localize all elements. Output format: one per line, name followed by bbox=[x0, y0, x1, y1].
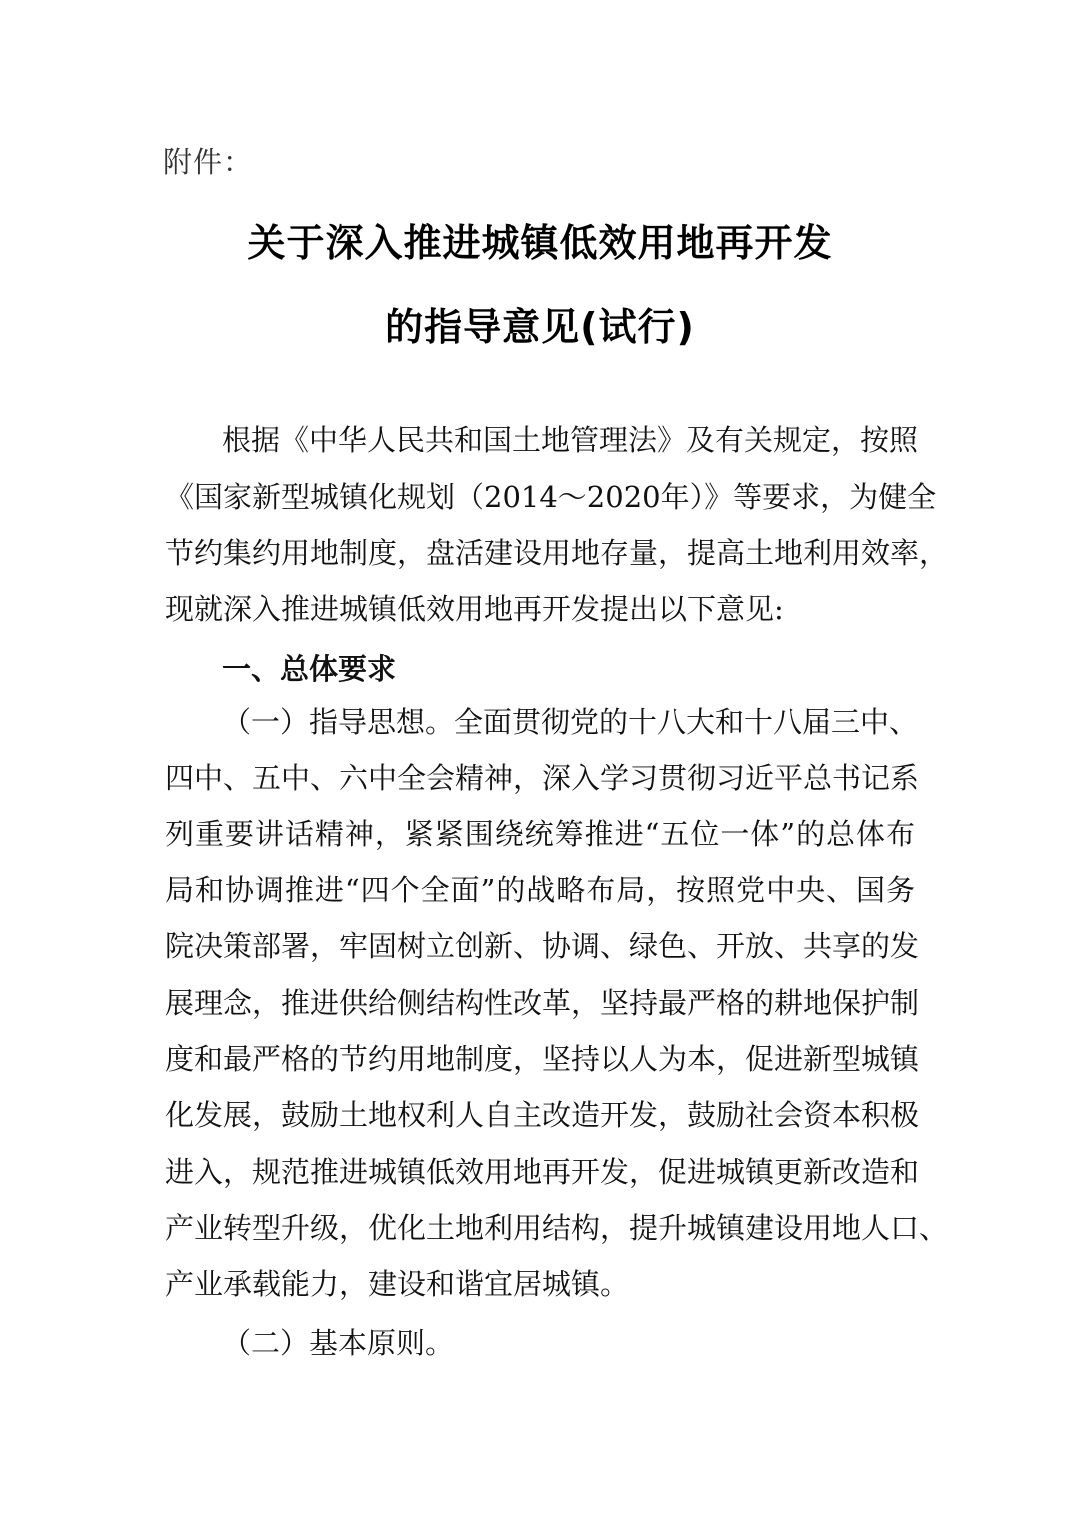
text-line: 局和协调推进“四个全面”的战略布局，按照党中央、国务 bbox=[165, 870, 915, 910]
document-title-line-1: 关于深入推进城镇低效用地再开发 bbox=[0, 212, 1080, 267]
text-line: 《国家新型城镇化规划（2014～2020年）》等要求，为健全 bbox=[165, 477, 915, 517]
text-line: （一）指导思想。全面贯彻党的十八大和十八届三中、 bbox=[222, 702, 915, 742]
document-title-line-2: 的指导意见(试行) bbox=[0, 296, 1080, 351]
document-page: 附件： 关于深入推进城镇低效用地再开发 的指导意见(试行) 根据《中华人民共和国… bbox=[0, 0, 1080, 1527]
text-line: 进入，规范推进城镇低效用地再开发，促进城镇更新改造和 bbox=[165, 1152, 915, 1192]
subsection-heading: （二）基本原则。 bbox=[222, 1321, 454, 1362]
text-line: 院决策部署，牢固树立创新、协调、绿色、开放、共享的发 bbox=[165, 926, 915, 966]
text-line: 四中、五中、六中全会精神，深入学习贯彻习近平总书记系 bbox=[165, 758, 915, 798]
text-line: 度和最严格的节约用地制度，坚持以人为本，促进新型城镇 bbox=[165, 1039, 915, 1079]
attachment-label: 附件： bbox=[163, 140, 253, 181]
text-line: 列重要讲话精神，紧紧围绕统筹推进“五位一体”的总体布 bbox=[165, 814, 915, 854]
text-line: 根据《中华人民共和国土地管理法》及有关规定，按照 bbox=[222, 420, 915, 460]
text-line: 化发展，鼓励土地权利人自主改造开发，鼓励社会资本积极 bbox=[165, 1095, 915, 1135]
text-line: 节约集约用地制度，盘活建设用地存量，提高土地利用效率， bbox=[165, 533, 915, 573]
text-line: 现就深入推进城镇低效用地再开发提出以下意见: bbox=[165, 589, 915, 629]
text-line: 产业转型升级，优化土地利用结构，提升城镇建设用地人口、 bbox=[165, 1208, 915, 1248]
section-heading: 一、总体要求 bbox=[222, 647, 396, 688]
text-line: 产业承载能力，建设和谐宜居城镇。 bbox=[165, 1264, 915, 1304]
text-line: 展理念，推进供给侧结构性改革，坚持最严格的耕地保护制 bbox=[165, 983, 915, 1023]
